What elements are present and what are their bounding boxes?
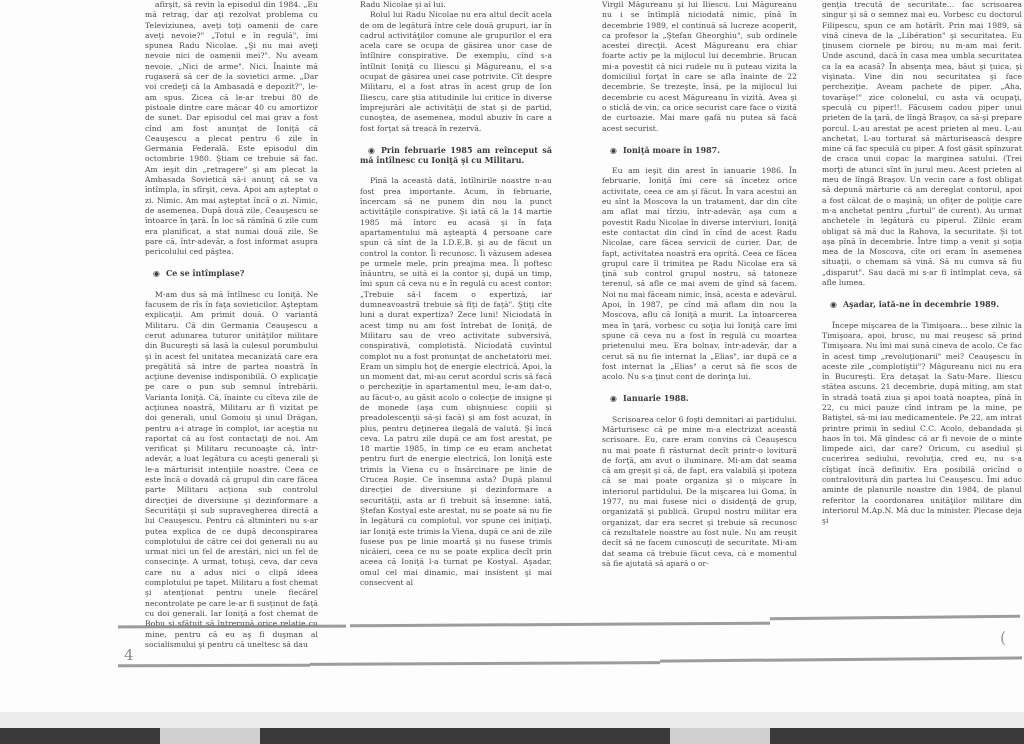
section-heading: ◉Aşadar, iată-ne în decembrie 1989.	[822, 300, 1022, 310]
article-column-3: Virgil Măgureanu şi lui Iliescu. Lui Măg…	[602, 0, 797, 569]
paragraph: M-am dus să mă întîlnesc cu Ioniţă. Ne f…	[145, 290, 318, 650]
scanner-edge	[0, 728, 1024, 744]
paragraph: Virgil Măgureanu şi lui Iliescu. Lui Măg…	[602, 0, 797, 134]
article-column-2: Radu Nicolae şi ai lui.Rolul lui Radu Ni…	[360, 0, 552, 588]
page-number: 4	[124, 646, 134, 664]
section-heading: ◉Prin februarie 1985 am reînceput să mă …	[360, 146, 552, 167]
section-heading-text: Ce se întîmplase?	[166, 269, 245, 278]
paragraph: Scrisoarea celor 6 foşti demnitari ai pa…	[602, 415, 797, 569]
paragraph: Eu am ieşit din arest în ianuarie 1986. …	[602, 166, 797, 382]
section-heading-text: Ianuarie 1988.	[623, 394, 689, 403]
footer-rule-bottom-1	[118, 664, 310, 668]
paragraph: afirşit, să revin la episodul din 1984. …	[145, 0, 318, 257]
bullet-icon: ◉	[149, 269, 160, 279]
footer-rule-top-3	[770, 615, 1020, 621]
paragraph: Începe mişcarea de la Timişoara... bese …	[822, 321, 1022, 527]
scan-shadow	[0, 712, 1024, 728]
paragraph: Pînă la această dată, întîlnirile noastr…	[360, 176, 552, 588]
section-heading: ◉Ce se întîmplase?	[145, 269, 318, 279]
newspaper-page: afirşit, să revin la episodul din 1984. …	[0, 0, 1024, 712]
footer-rule-bottom-2	[310, 661, 660, 666]
article-column-4: genţia trecută de securitate... fac scri…	[822, 0, 1022, 610]
bullet-icon: ◉	[826, 300, 837, 310]
article-column-1: afirşit, să revin la episodul din 1984. …	[145, 0, 318, 650]
paragraph: Radu Nicolae şi ai lui.	[360, 0, 552, 10]
section-heading-text: Ioniţă moare în 1987.	[623, 146, 720, 155]
paragraph: genţia trecută de securitate... fac scri…	[822, 0, 1022, 288]
bullet-icon: ◉	[606, 146, 617, 156]
footer-rule-top-2	[350, 622, 770, 628]
section-heading: ◉Ianuarie 1988.	[602, 394, 797, 404]
bullet-icon: ◉	[364, 146, 375, 156]
margin-mark: (	[1000, 628, 1006, 647]
section-heading: ◉Ioniţă moare în 1987.	[602, 146, 797, 156]
section-heading-text: Prin februarie 1985 am reînceput să mă î…	[360, 146, 552, 165]
footer-rule-bottom-3	[660, 656, 1022, 662]
section-heading-text: Aşadar, iată-ne în decembrie 1989.	[843, 300, 999, 309]
bullet-icon: ◉	[606, 394, 617, 404]
paragraph: Rolul lui Radu Nicolae nu era altul decî…	[360, 10, 552, 134]
